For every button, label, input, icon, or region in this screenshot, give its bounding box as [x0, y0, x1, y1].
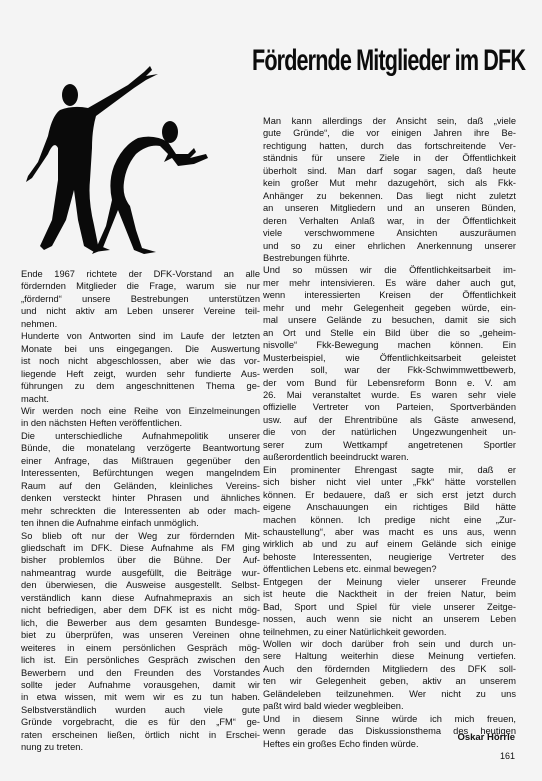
text-line: nisvolle“ Fkk-Bewegung machen können. Ei…	[263, 339, 516, 351]
text-line: paßt wird bald wieder wegbleiben.	[263, 700, 516, 712]
text-line: Bünde, die monatelang verzögerte Beantwo…	[21, 442, 260, 454]
paragraph: Die unterschiedliche Aufnahmepolitik uns…	[21, 430, 260, 530]
text-line: viele verschwommene Ansichten auszuräume…	[263, 227, 516, 239]
paragraph: Wollen wir doch darüber froh sein und du…	[263, 638, 516, 713]
text-line: einer Anfrage, das Mißtrauen gegenüber d…	[21, 455, 260, 467]
text-line: 26. Mai veranstaltet wurde. Es waren seh…	[263, 389, 516, 401]
text-line: wenn interessierten Kreisen der Öffentli…	[263, 289, 516, 301]
text-line: Anhänger zu bekennen. Das liegt nicht zu…	[263, 190, 516, 202]
text-line: nahmeantrag wurde ausgefüllt, die Beiträ…	[21, 567, 260, 579]
silhouette-illustration	[18, 50, 218, 255]
text-line: an unseren Mitgliedern und an unseren Bü…	[263, 202, 516, 214]
text-line: und nicht aktiv am Leben unserer Vereine…	[21, 305, 260, 317]
text-line: nicht befriedigen, aber dem DFK ist es n…	[21, 604, 260, 616]
text-line: rechtigung hatten, durch das fortschreit…	[263, 140, 516, 152]
text-line: Auch den fördernden Mitgliedern des DFK …	[263, 663, 516, 675]
text-line: fördernden Mitglieder die Frage, warum s…	[21, 280, 260, 292]
text-line: Interessenten, Befürchtungen wegen mange…	[21, 467, 260, 479]
text-line: bisher problemlos über die Bühne. Der Au…	[21, 554, 260, 566]
author-name: Oskar Hörrle	[457, 732, 515, 743]
paragraph: So blieb oft nur der Weg zur fördernden …	[21, 530, 260, 754]
text-line: werden soll, war der Fkk-Schwimmwettbewe…	[263, 364, 516, 376]
text-line: ist heute die Nacktheit in der freien Na…	[263, 588, 516, 600]
text-line: Und so müssen wir die Öffentlichkeitsarb…	[263, 264, 516, 276]
text-line: gliedschaft im DFK. Diese Aufnahme als F…	[21, 542, 260, 554]
text-line: biet zu überprüfen, was unseren Vereinen…	[21, 629, 260, 641]
text-line: und so zu einer ehrlichen Anerkennung un…	[263, 240, 516, 252]
paragraph: Man kann allerdings der Ansicht sein, da…	[263, 115, 516, 264]
text-line: Gründe vorgebracht, die es für den „FM“ …	[21, 716, 260, 728]
text-line: Bestrebungen führte.	[263, 252, 516, 264]
text-line: Raum auf den Geländen, kleinliches Verei…	[21, 480, 260, 492]
text-line: nossen, auch wenn sie nicht an unserem L…	[263, 613, 516, 625]
two-figures-icon	[18, 50, 218, 255]
text-line: in den nächsten Heften veröffentlichen.	[21, 417, 260, 429]
paragraph: Hunderte von Antworten sind im Laufe der…	[21, 330, 260, 405]
text-line: Geländeleben teilzunehmen. Wer nicht zu …	[263, 688, 516, 700]
text-line: öffentlichen Lebens etc. einmal bewegen?	[263, 563, 516, 575]
text-line: machen können. Ich predige nicht eine „Z…	[263, 514, 516, 526]
text-line: teilnehmen, zu einer Natürlichkeit gewor…	[263, 626, 516, 638]
text-line: ist noch nicht abgeschlossen, aber wie d…	[21, 355, 260, 367]
text-line: Man kann allerdings der Ansicht sein, da…	[263, 115, 516, 127]
text-line: Wollen wir doch darüber froh sein und du…	[263, 638, 516, 650]
text-line: überholt sind. Man darf sogar sagen, daß…	[263, 165, 516, 177]
text-line: mehr schreckten die Interessenten ab ode…	[21, 505, 260, 517]
text-line: in etwa wissen, mit wem wir es zu tun ha…	[21, 691, 260, 703]
text-line: offizielle Vertreter von Parteien, Sport…	[263, 401, 516, 413]
paragraph: Und so müssen wir die Öffentlichkeitsarb…	[263, 264, 516, 463]
text-line: deren Verhalten Anlaß war, in der Öffent…	[263, 215, 516, 227]
text-line: mehr und mehr Gelegenheit gegeben würde,…	[263, 302, 516, 314]
text-line: Musterbeispiel, wie Öffentlichkeitsarbei…	[263, 352, 516, 364]
paragraph: Ein prominenter Ehrengast sagte mir, daß…	[263, 464, 516, 576]
right-column-text: Man kann allerdings der Ansicht sein, da…	[263, 115, 516, 750]
text-line: nehmen.	[21, 318, 260, 330]
text-line: der vom Bund für Lebensreform Bonn e. V.…	[263, 377, 516, 389]
text-line: Ein prominenter Ehrengast sagte mir, daß…	[263, 464, 516, 476]
text-line: lich, die Bewerber aus dem gesamten Bund…	[21, 617, 260, 629]
text-line: sollte jeder Aufnahme vorausgehen, damit…	[21, 679, 260, 691]
text-line: Bad, Sport und Spiel für viele unserer Z…	[263, 601, 516, 613]
text-line: sere Haltung weiterhin diese Meinung ver…	[263, 650, 516, 662]
text-line: sich bisher nicht viel unter „Fkk“ hätte…	[263, 476, 516, 488]
text-line: ten wir Gelegenheit geben, aktiv an unse…	[263, 675, 516, 687]
text-line: kein großer Mut mehr dazugehört, sich al…	[263, 177, 516, 189]
text-line: Selbstverständlich wurden auch viele gut…	[21, 704, 260, 716]
text-line: Entgegen der Meinung vieler unserer Freu…	[263, 576, 516, 588]
text-line: serer zum Wettkampf angetretenen Sportle…	[263, 439, 516, 451]
text-line: „fördernd“ unsere Bestrebungen unterstüt…	[21, 293, 260, 305]
text-line: eigene Anschauungen ein richtiges Bild h…	[263, 501, 516, 513]
text-line: mer mehr intensivieren. Es wäre daher au…	[263, 277, 516, 289]
text-line: mal unsere Gelände zu besuchen, damit si…	[263, 314, 516, 326]
text-line: behoste Interessenten, neugierige Vertre…	[263, 551, 516, 563]
text-line: den überwiesen, die Ausweise ausgestellt…	[21, 579, 260, 591]
text-line: Wir werden noch eine Reihe von Einzelmei…	[21, 405, 260, 417]
text-line: Hunderte von Antworten sind im Laufe der…	[21, 330, 260, 342]
text-line: denken versteckt hinter Phrasen und ähnl…	[21, 492, 260, 504]
text-line: Und in diesem Sinne würde ich mich freue…	[263, 713, 516, 725]
text-line: außerordentlich beeindruckt waren.	[263, 451, 516, 463]
left-column-text: Ende 1967 richtete der DFK-Vorstand an a…	[21, 268, 260, 754]
text-line: führungen zu dem angeschnittenen Thema g…	[21, 380, 260, 392]
text-line: ten ihnen die Aufnahme einfach unmöglich…	[21, 517, 260, 529]
text-line: wirklich ab und zu auf einem Gelände sic…	[263, 538, 516, 550]
text-line: liegende Heft zeigt, wurden sehr fundier…	[21, 368, 260, 380]
paragraph: Entgegen der Meinung vieler unserer Freu…	[263, 576, 516, 638]
text-line: weiteres in einem persönlichen Gespräch …	[21, 642, 260, 654]
text-line: Bewerbern und den Freunden des Vorstande…	[21, 667, 260, 679]
text-line: gute Gründe“, die vor einigen Jahren ihr…	[263, 127, 516, 139]
text-line: schaustellung“, aber was macht es uns au…	[263, 526, 516, 538]
text-line: Die unterschiedliche Aufnahmepolitik uns…	[21, 430, 260, 442]
paragraph: Wir werden noch eine Reihe von Einzelmei…	[21, 405, 260, 430]
text-line: usw. auf der Ehrentribüne als Gäste anwe…	[263, 414, 516, 426]
text-line: Monate bei uns eingegangen. Die Auswertu…	[21, 343, 260, 355]
text-line: verständlich kann diese Aufnahmepraxis a…	[21, 592, 260, 604]
article-title: Fördernde Mitglieder im DFK	[252, 44, 461, 78]
text-line: an Ort und Stelle ein Bild über die so „…	[263, 327, 516, 339]
page-number: 161	[500, 751, 515, 761]
text-line: raten erscheinen ließen, örtlich nicht i…	[21, 729, 260, 741]
text-line: So blieb oft nur der Weg zur fördernden …	[21, 530, 260, 542]
text-line: Ende 1967 richtete der DFK-Vorstand an a…	[21, 268, 260, 280]
paragraph: Ende 1967 richtete der DFK-Vorstand an a…	[21, 268, 260, 330]
text-line: ständnis für unsere Ziele in der Öffentl…	[263, 152, 516, 164]
text-line: die von der natürlichen Ungezwungenheit …	[263, 426, 516, 438]
text-line: nung zu treten.	[21, 741, 260, 753]
text-line: können. Er bedauere, daß er sich erst je…	[263, 489, 516, 501]
text-line: lich ist. Ein persönliches Gespräch zwis…	[21, 654, 260, 666]
text-line: macht.	[21, 393, 260, 405]
